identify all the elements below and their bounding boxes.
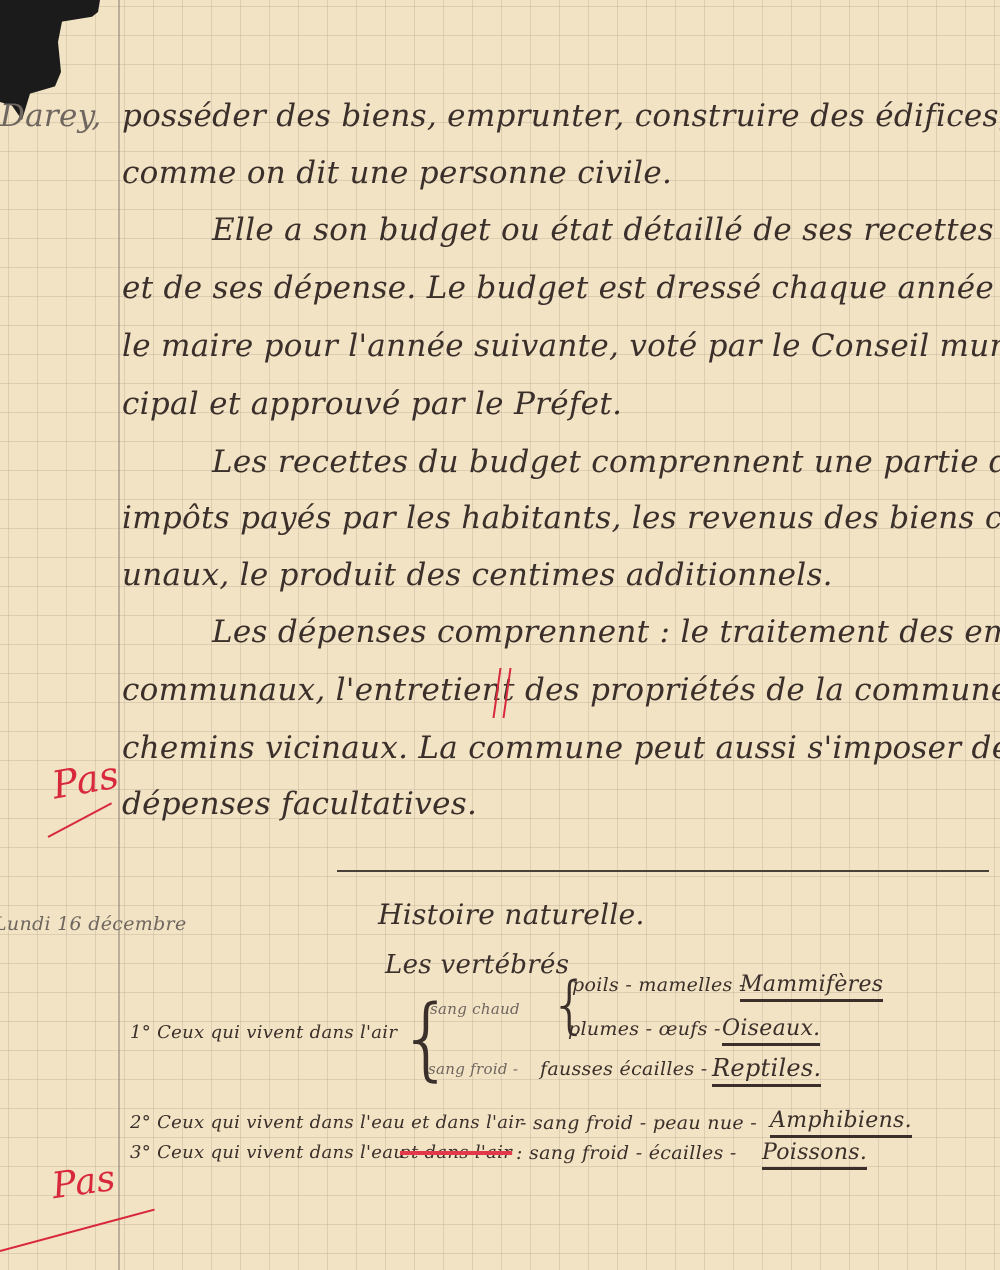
grade-underline [0, 1209, 155, 1252]
text-line: impôts payés par les habitants, les reve… [122, 500, 1000, 536]
group-2-label: 2° Ceux qui vivent dans l'eau et dans l'… [130, 1112, 523, 1133]
reptiles-label: Reptiles. [712, 1054, 821, 1087]
birds-label: Oiseaux. [722, 1016, 820, 1046]
grade-underline [48, 802, 113, 838]
margin-line [118, 0, 120, 1270]
mammals-label: Mammifères [740, 972, 883, 1002]
text-line: le maire pour l'année suivante, voté par… [122, 328, 1000, 364]
group-3-label: 3° Ceux qui vivent dans l'eau [130, 1142, 405, 1163]
margin-date: Lundi 16 décembre [0, 913, 186, 935]
struck-text: et dans l'air [400, 1142, 512, 1163]
text-line: Elle a son budget ou état détaillé de se… [212, 212, 994, 248]
grade-mark: Pas [49, 753, 123, 808]
text-line: et de ses dépense. Le budget est dressé … [122, 270, 1000, 306]
text-line: posséder des biens, emprunter, construir… [122, 98, 1000, 134]
warm-blood-label: sang chaud [430, 1000, 520, 1018]
group-1-label: 1° Ceux qui vivent dans l'air [130, 1022, 397, 1043]
text-line: chemins vicinaux. La commune peut aussi … [122, 730, 1000, 766]
margin-name: Darey, [0, 98, 102, 134]
text-line: communaux, l'entretient des propriétés d… [122, 672, 1000, 708]
group-3-desc: : sang froid - écailles - [516, 1142, 737, 1164]
group-2-desc: - sang froid - peau nue - [520, 1112, 757, 1134]
amphibians-label: Amphibiens. [770, 1108, 912, 1138]
section-title: Histoire naturelle. [378, 898, 645, 931]
text-line: Les dépenses comprennent : le traitement… [212, 614, 1000, 650]
text-line: unaux, le produit des centimes additionn… [122, 557, 833, 593]
section-subtitle: Les vertébrés [385, 950, 569, 980]
reptiles-desc: fausses écailles - [540, 1058, 707, 1080]
text-line: comme on dit une personne civile. [122, 155, 672, 191]
text-line: cipal et approuvé par le Préfet. [122, 386, 622, 422]
section-divider [337, 870, 989, 872]
text-line: dépenses facultatives. [122, 786, 477, 822]
birds-desc: plumes - œufs - [568, 1018, 721, 1040]
grade-mark: Pas [49, 1158, 118, 1207]
text-line: Les recettes du budget comprennent une p… [212, 444, 1000, 480]
cold-blood-label: sang froid - [428, 1060, 518, 1078]
fish-label: Poissons. [762, 1140, 867, 1170]
mammals-desc: poils - mamelles - [572, 974, 746, 996]
